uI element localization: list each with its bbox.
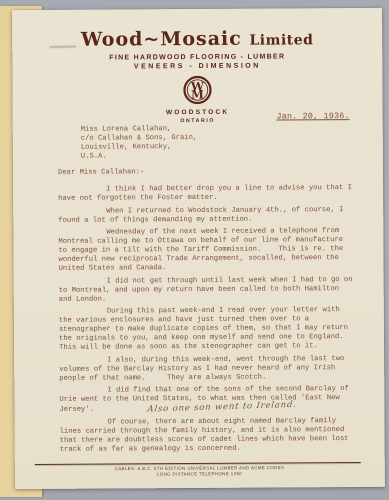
paragraph: I did not get through until last week wh… [59,276,355,305]
footer-telephone-line: LONG DISTANCE TELEPHONE 1250 [11,471,389,479]
paragraph: During this past week-end I read over yo… [59,306,355,353]
company-name-main: Wood~Mosaic [81,28,242,51]
paragraph: Wednesday of the next week I received a … [58,227,354,274]
tagline-flooring-lumber: FINE HARDWOOD FLOORING - LUMBER [12,53,382,62]
company-name-suffix: Limited [249,32,313,48]
letter-page: Wood~Mosaic Limited FINE HARDWOOD FLOORI… [12,8,385,489]
paragraph: Of course, there are about eight named B… [59,417,355,455]
date-line: Jan. 20, 1936. [276,111,349,121]
monogram-seal-icon: W M [182,75,212,105]
letterhead: Wood~Mosaic Limited FINE HARDWOOD FLOORI… [12,8,383,125]
company-logo: W M [12,74,382,106]
paragraph-with-annotation: I did find that one of the sons of the s… [59,385,355,415]
scan-background: Wood~Mosaic Limited FINE HARDWOOD FLOORI… [0,0,389,500]
address-line: U.S.A. [81,151,354,162]
salutation: Dear Miss Callahan:- [58,167,354,178]
paragraph: I also, during this week-end, went throu… [59,355,355,384]
tagline-veneers-dimension: VENEERS - DIMENSION [12,62,382,71]
paragraph: I think I had better drop you a line to … [58,184,354,204]
monogram-letter-m: M [191,87,204,101]
letter-body: Miss Lorena Callahan, c/o Callahan & Son… [58,124,356,458]
recipient-address: Miss Lorena Callahan, c/o Callahan & Son… [81,124,354,162]
paragraph: When I returned to Woodstock January 4th… [58,206,354,226]
letterhead-footer: CABLES: A.B.C. 5TH EDITION UNIVERSAL LUM… [11,465,389,479]
